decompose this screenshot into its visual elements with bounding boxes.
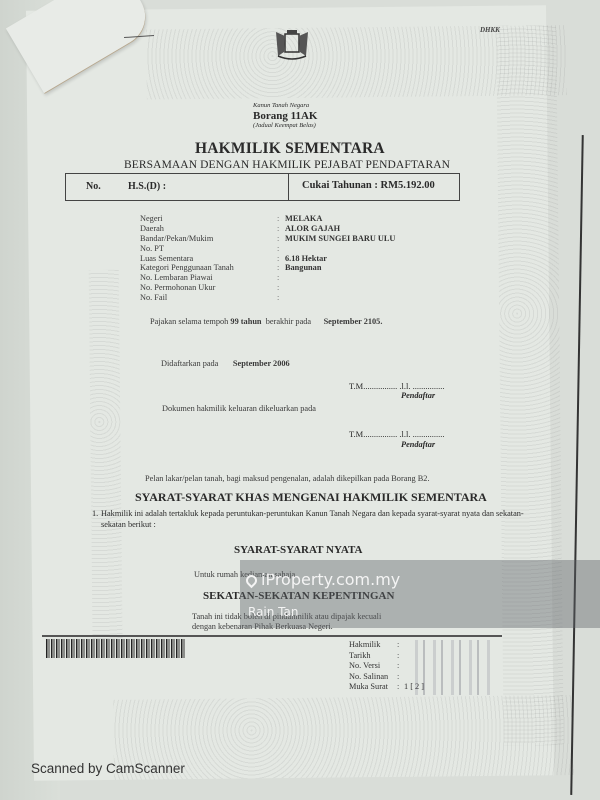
clause-text: Hakmilik ini adalah tertakluk kepada per… <box>101 509 531 530</box>
field-label: Luas Sementara <box>140 254 234 264</box>
clause-number: 1. <box>92 509 98 520</box>
field-value-mukim: MUKIM SUNGEI BARU ULU <box>285 234 395 244</box>
express-conditions-heading: SYARAT-SYARAT NYATA <box>234 544 362 556</box>
field-value-no-pt <box>285 244 395 254</box>
lease-expiry: September 2105. <box>324 317 383 326</box>
meta-colons: ::::: <box>397 640 399 693</box>
field-colons: ::::::::: <box>277 214 279 303</box>
form-code: DHKK <box>480 26 500 34</box>
field-value-land-use: Bangunan <box>285 263 395 273</box>
special-conditions-heading: SYARAT-SYARAT KHAS MENGENAI HAKMILIK SEM… <box>135 490 487 505</box>
decorative-border-left <box>89 270 123 650</box>
registration-statement: Didaftarkan pada September 2006 <box>161 359 290 368</box>
field-value-daerah: ALOR GAJAH <box>285 224 395 234</box>
folded-corner <box>6 0 157 94</box>
field-label: Bandar/Pekan/Mukim <box>140 234 234 244</box>
box-divider <box>288 174 289 200</box>
issued-statement: Dokumen hakmilik keluaran dikeluarkan pa… <box>162 404 316 413</box>
signature-line-2: T.M................ .l.l. ..............… <box>349 429 444 439</box>
page-edge-line <box>570 135 583 795</box>
field-label: No. PT <box>140 244 234 254</box>
signature-line-1: T.M................ .l.l. ..............… <box>349 381 444 391</box>
field-label: No. Fail <box>140 293 234 303</box>
document-subtitle: BERSAMAAN DENGAN HAKMILIK PEJABAT PENDAF… <box>124 159 450 171</box>
plan-note: Pelan lakar/pelan tanah, bagi maksud pen… <box>145 474 430 483</box>
field-label: Daerah <box>140 224 234 234</box>
field-label: No. Permohonan Ukur <box>140 283 234 293</box>
field-label: Negeri <box>140 214 234 224</box>
field-value-negeri: MELAKA <box>285 214 395 224</box>
hs-label: H.S.(D) : <box>128 181 166 192</box>
field-value-area: 6.18 Hektar <box>285 254 395 264</box>
field-value-file <box>285 293 395 303</box>
registrar-label-1: Pendaftar <box>401 391 435 400</box>
decorative-border-right <box>496 25 564 746</box>
form-name: Borang 11AK <box>253 110 317 122</box>
watermark-logo: iProperty.com.my <box>246 570 400 589</box>
footer-divider <box>42 635 502 637</box>
field-labels: Negeri Daerah Bandar/Pekan/Mukim No. PT … <box>140 214 234 303</box>
registration-date: September 2006 <box>233 359 290 368</box>
scanner-footer: Scanned by CamScanner <box>31 761 185 776</box>
lease-statement: Pajakan selama tempoh 99 tahun berakhir … <box>150 317 382 326</box>
field-label: Kategori Penggunaan Tanah <box>140 263 234 273</box>
field-value-sheet <box>285 273 395 283</box>
registrar-label-2: Pendaftar <box>401 440 435 449</box>
field-values: MELAKA ALOR GAJAH MUKIM SUNGEI BARU ULU … <box>285 214 395 303</box>
barcode <box>46 639 186 658</box>
coat-of-arms-icon <box>270 28 314 60</box>
field-label: No. Lembaran Piawai <box>140 273 234 283</box>
lease-term: 99 tahun <box>230 317 261 326</box>
watermark-user: Rain Tan <box>248 605 298 619</box>
redacted-area <box>415 640 490 695</box>
act-name: Kanun Tanah Negara <box>253 102 309 109</box>
meta-labels: Hakmilik Tarikh No. Versi No. Salinan Mu… <box>349 640 388 693</box>
schedule-label: (Jadual Keempat Belas) <box>253 122 316 129</box>
annual-rent: Cukai Tahunan : RM5.192.00 <box>302 180 435 191</box>
location-pin-icon <box>244 573 260 589</box>
field-value-survey <box>285 283 395 293</box>
document-title: HAKMILIK SEMENTARA <box>195 140 385 158</box>
title-number-box: No. H.S.(D) : Cukai Tahunan : RM5.192.00 <box>65 173 460 201</box>
no-label: No. <box>86 181 101 192</box>
